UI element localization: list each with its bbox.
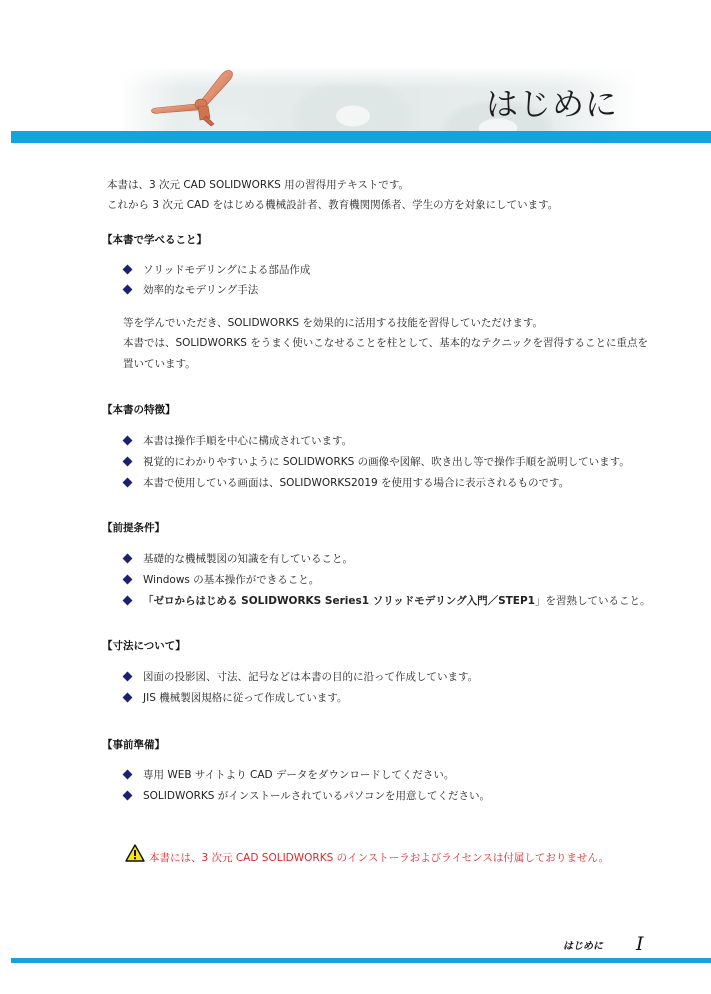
list-item-text: 専用 WEB サイトより CAD データをダウンロードしてください。 [143,768,454,782]
list-item-text: 「ゼロからはじめる SOLIDWORKS Series1 ソリッドモデリング入門… [143,594,650,608]
list-item-text: 図面の投影図、寸法、記号などは本書の目的に沿って作成しています。 [143,670,478,684]
diamond-bullet-icon [123,791,133,801]
section-heading: 【前提条件】 [102,521,165,535]
paragraph-line: 等を学んでいただき、SOLIDWORKS を効果的に活用する技能を習得していただ… [123,316,543,330]
diamond-bullet-icon [123,575,133,585]
paragraph-line: 本書では、SOLIDWORKS をうまく使いこなせることを柱として、基本的なテク… [123,336,648,350]
list-item-text: SOLIDWORKS がインストールされているパソコンを用意してください。 [143,789,490,803]
diamond-bullet-icon [123,265,133,275]
diamond-bullet-icon [123,596,133,606]
list-item-text: 本書は操作手順を中心に構成されています。 [143,434,352,448]
list-item-text: ソリッドモデリングによる部品作成 [143,263,310,277]
propeller-icon [148,66,238,128]
footer-section-label: はじめに [563,940,603,954]
diamond-bullet-icon [123,478,133,488]
diamond-bullet-icon [123,457,133,467]
list-item-text: Windows の基本操作ができること。 [143,573,319,587]
section-heading: 【本書で学べること】 [102,233,207,247]
intro-line: これから 3 次元 CAD をはじめる機械設計者、教育機関関係者、学生の方を対象… [107,198,558,212]
list-item-text-tail: 」を習熟していること。 [535,595,651,607]
list-item-text: 基礎的な機械製図の知識を有していること。 [143,552,353,566]
section-heading: 【事前準備】 [102,738,165,752]
diamond-bullet-icon [123,436,133,446]
diamond-bullet-icon [123,554,133,564]
warning-triangle-icon [125,844,145,862]
paragraph-line: 置いています。 [123,357,196,371]
diamond-bullet-icon [123,770,133,780]
section-heading: 【寸法について】 [102,639,186,653]
intro-line: 本書は、3 次元 CAD SOLIDWORKS 用の習得用テキストです。 [107,178,409,192]
diamond-bullet-icon [123,672,133,682]
footer-accent-bar [11,958,711,963]
list-item-text: 効率的なモデリング手法 [143,283,258,297]
gear-decoration [288,76,418,131]
list-item-text: 本書で使用している画面は、SOLIDWORKS2019 を使用する場合に表示され… [143,476,569,490]
warning-text: 本書には、3 次元 CAD SOLIDWORKS のインストーラおよびライセンス… [149,851,609,865]
referenced-book-title: 「ゼロからはじめる SOLIDWORKS Series1 ソリッドモデリング入門… [143,595,535,607]
page-number: I [636,933,644,955]
page-title: はじめに [486,84,618,124]
list-item-text: JIS 機械製図規格に従って作成しています。 [143,691,347,705]
diamond-bullet-icon [123,285,133,295]
header-accent-bar [11,131,711,143]
section-heading: 【本書の特徴】 [102,403,176,417]
diamond-bullet-icon [123,693,133,703]
list-item-text: 視覚的にわかりやすいように SOLIDWORKS の画像や図解、吹き出し等で操作… [143,455,630,469]
